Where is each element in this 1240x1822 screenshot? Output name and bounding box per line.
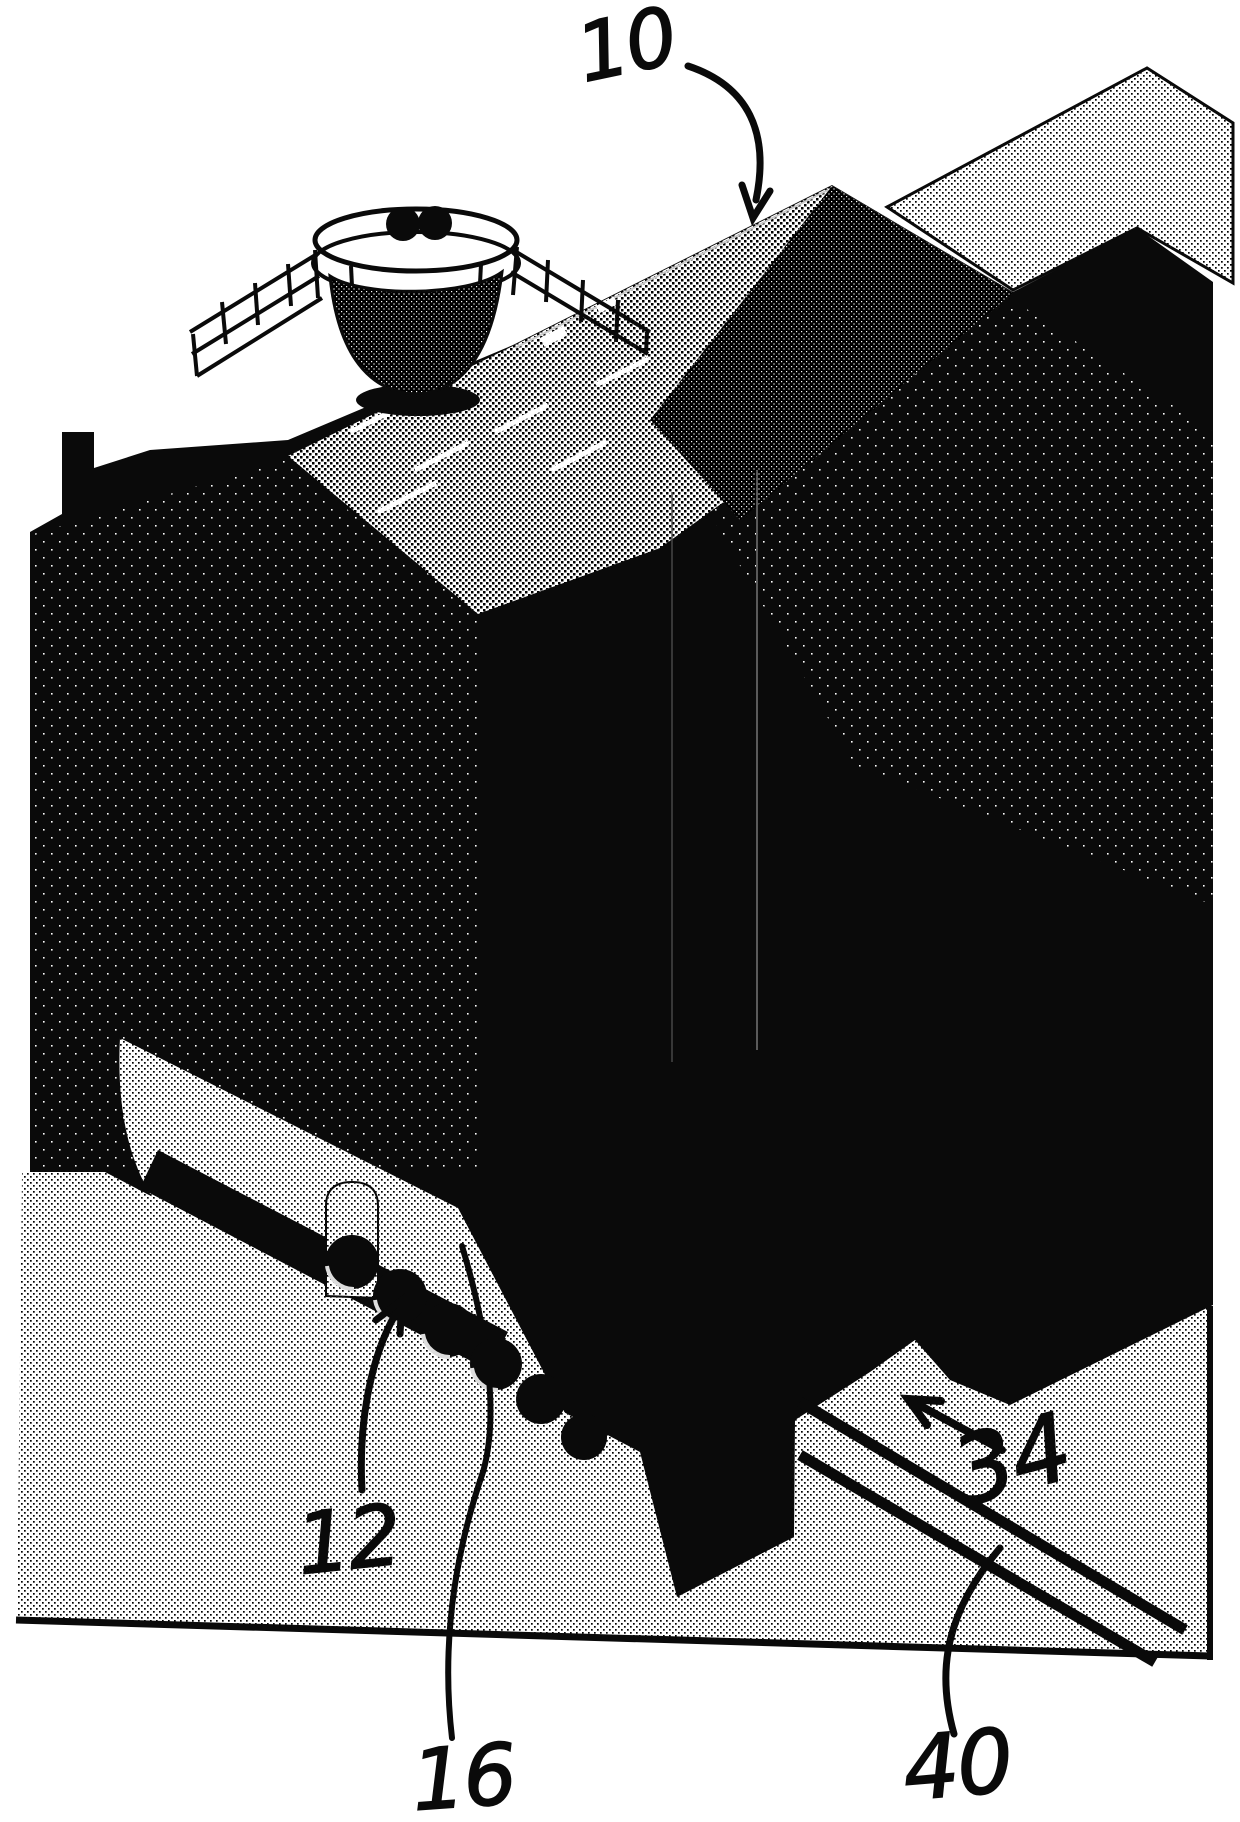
hopper-motor-knob: [418, 206, 452, 240]
reference-label-40: 40: [899, 1709, 1016, 1821]
hopper-motor-knob: [386, 207, 420, 241]
machine-left-face-texture: [30, 460, 480, 1168]
reference-label-16: 16: [409, 1725, 518, 1822]
roller: [516, 1374, 566, 1424]
reference-label-12: 12: [292, 1486, 405, 1594]
figure-page: 10 12 16 34 40: [0, 0, 1240, 1822]
patent-figure-canvas: 10 12 16 34 40: [0, 0, 1240, 1822]
roller: [561, 1414, 607, 1460]
